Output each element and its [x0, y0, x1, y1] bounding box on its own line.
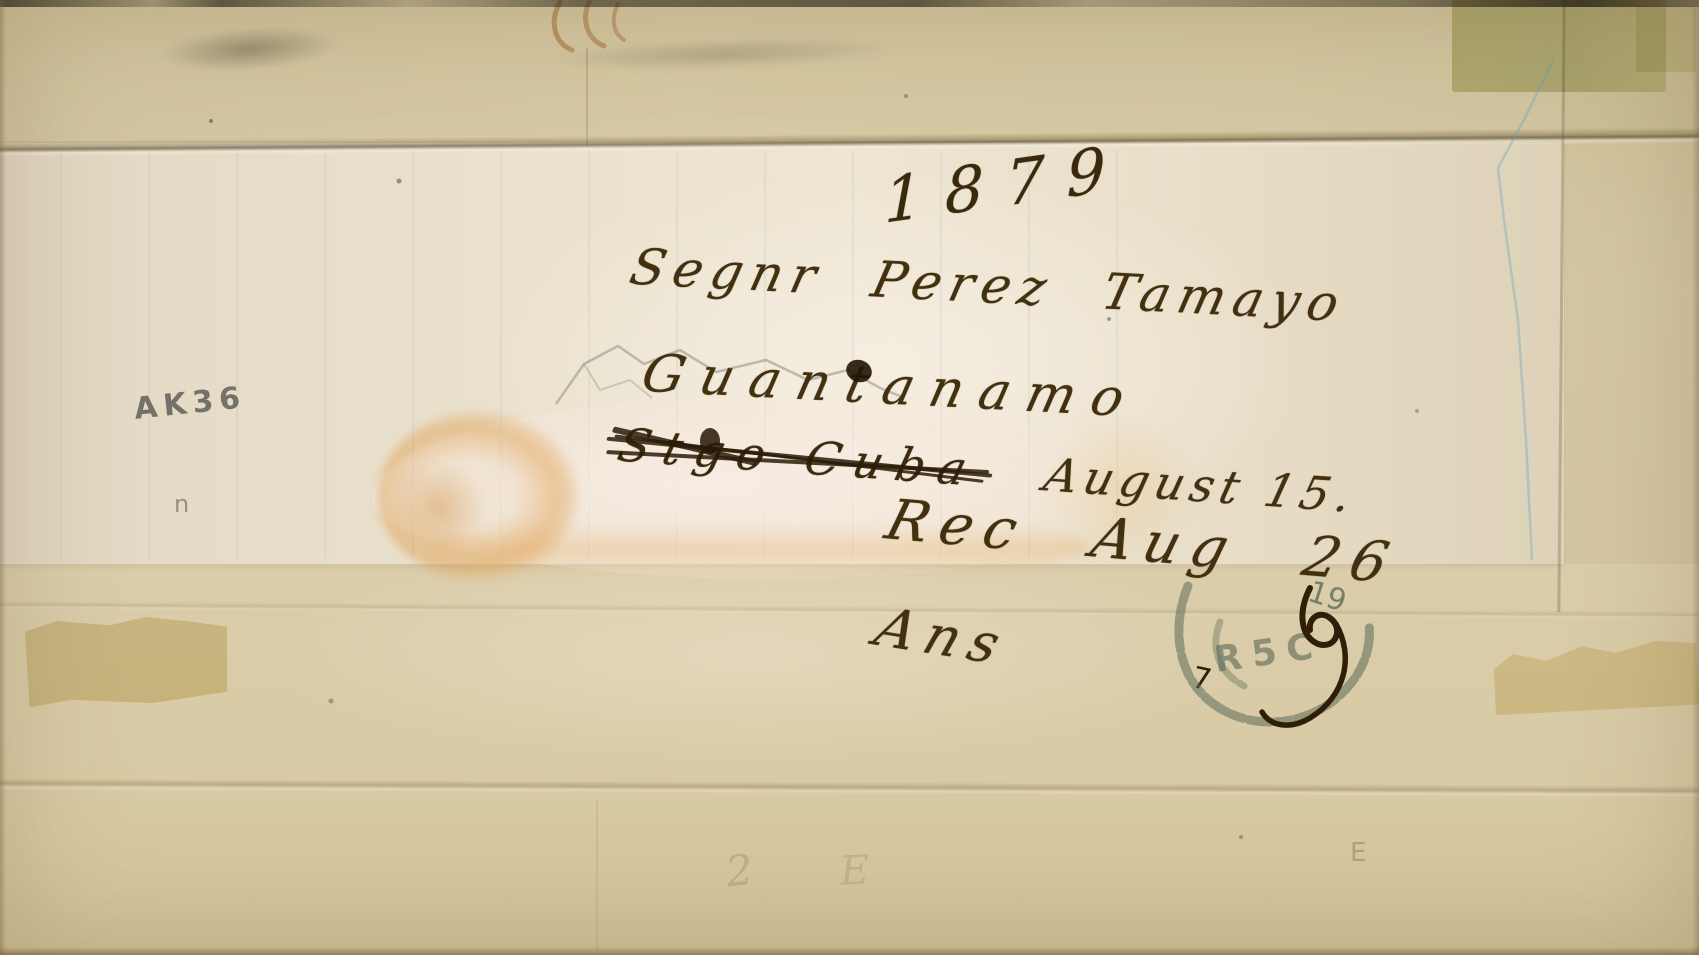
pencil-small-mark: n — [174, 490, 189, 518]
tape-strip-bottom-left — [25, 613, 230, 708]
ink-blot-origin — [700, 428, 720, 454]
bottom-edge-shadow — [0, 947, 1699, 955]
circular-postmark: 19 R5C — [1158, 560, 1408, 745]
top-paper-strip — [0, 0, 1699, 143]
faint-offset-mark-left: 2 — [724, 845, 756, 897]
vertical-crease-bottom — [596, 800, 598, 950]
tape-strip-top-right-2 — [1636, 6, 1696, 72]
faint-offset-mark-right: E — [1350, 838, 1366, 868]
left-edge-shadow — [0, 0, 6, 955]
cover-scan: 1879 Segnr Perez Tamayo Guantanamo Stgo … — [0, 0, 1699, 955]
blue-pencil-line — [1470, 40, 1590, 580]
postmark-top-text: 19 — [1304, 574, 1351, 619]
brown-squiggle-top — [530, 0, 650, 70]
dark-top-edge — [0, 0, 1699, 7]
right-edge-shadow — [1692, 0, 1699, 955]
faint-offset-mark-center: E — [839, 847, 871, 894]
tape-strip-bottom-right — [1492, 635, 1699, 716]
